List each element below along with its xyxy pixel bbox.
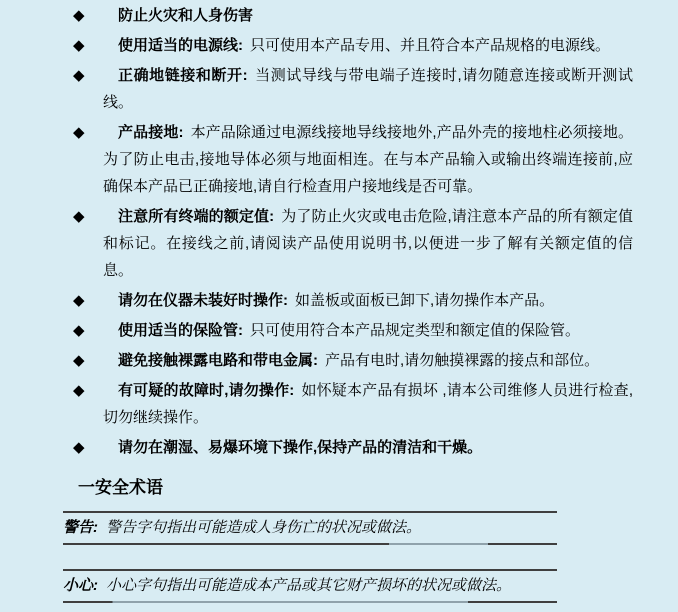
caution-term-row: 小心:小心字句指出可能造成本产品或其它财产损坏的状况或做法。: [63, 571, 557, 601]
section-title-safety-terms: 一安全术语: [78, 477, 678, 499]
safety-list-item: ◆ 请勿在潮湿、易爆环境下操作,保持产品的清洁和干燥。: [0, 434, 678, 461]
safety-list-item: ◆ 使用适当的保险管:只可使用符合本产品规定类型和额定值的保险管。: [0, 317, 678, 344]
horizontal-rule: [63, 601, 557, 603]
safety-item-heading: 避免接触裸露电路和带电金属:: [118, 352, 318, 369]
safety-item-heading: 请勿在仪器未装好时操作:: [118, 292, 288, 309]
diamond-bullet-icon: ◆: [73, 377, 93, 404]
diamond-bullet-icon: ◆: [73, 203, 93, 230]
safety-item-body: 产品有电时,请勿触摸裸露的接点和部位。: [325, 352, 599, 369]
caution-term-text: 小心字句指出可能造成本产品或其它财产损坏的状况或做法。: [106, 577, 511, 594]
safety-item-body: 只可使用符合本产品规定类型和额定值的保险管。: [250, 322, 580, 339]
diamond-bullet-icon: ◆: [73, 62, 93, 89]
safety-item-heading: 注意所有终端的额定值:: [118, 208, 274, 225]
warning-term-block: 警告:警告字句指出可能造成人身伤亡的状况或做法。: [63, 511, 557, 545]
diamond-bullet-icon: ◆: [73, 287, 93, 314]
diamond-bullet-icon: ◆: [73, 32, 93, 59]
safety-list-item: ◆ 有可疑的故障时,请勿操作:如怀疑本产品有损坏 ,请本公司维修人员进行检查,切…: [0, 377, 678, 431]
safety-list-item: ◆ 正确地链接和断开:当测试导线与带电端子连接时,请勿随意连接或断开测试线。: [0, 62, 678, 116]
safety-instructions-page: ◆ 防止火灾和人身伤害 ◆ 使用适当的电源线:只可使用本产品专用、并且符合本产品…: [0, 0, 678, 612]
horizontal-rule: [63, 543, 557, 545]
warning-term-label: 警告:: [63, 519, 98, 536]
safety-item-heading: 使用适当的保险管:: [118, 322, 243, 339]
safety-list-item: ◆ 防止火灾和人身伤害: [0, 2, 678, 29]
safety-list-item: ◆ 使用适当的电源线:只可使用本产品专用、并且符合本产品规格的电源线。: [0, 32, 678, 59]
diamond-bullet-icon: ◆: [73, 434, 93, 461]
diamond-bullet-icon: ◆: [73, 119, 93, 146]
safety-list-item: ◆ 避免接触裸露电路和带电金属:产品有电时,请勿触摸裸露的接点和部位。: [0, 347, 678, 374]
warning-term-row: 警告:警告字句指出可能造成人身伤亡的状况或做法。: [63, 513, 557, 543]
safety-item-heading: 产品接地:: [118, 124, 183, 141]
safety-item-heading: 有可疑的故障时,请勿操作:: [118, 382, 294, 399]
diamond-bullet-icon: ◆: [73, 317, 93, 344]
safety-item-heading: 防止火灾和人身伤害: [118, 7, 253, 24]
caution-term-label: 小心:: [63, 577, 98, 594]
safety-item-heading: 使用适当的电源线:: [118, 37, 243, 54]
safety-item-heading: 请勿在潮湿、易爆环境下操作,保持产品的清洁和干燥。: [118, 439, 482, 456]
safety-list-item: ◆ 请勿在仪器未装好时操作:如盖板或面板已卸下,请勿操作本产品。: [0, 287, 678, 314]
safety-list: ◆ 防止火灾和人身伤害 ◆ 使用适当的电源线:只可使用本产品专用、并且符合本产品…: [0, 0, 678, 461]
diamond-bullet-icon: ◆: [73, 347, 93, 374]
caution-term-block: 小心:小心字句指出可能造成本产品或其它财产损坏的状况或做法。: [63, 569, 557, 603]
diamond-bullet-icon: ◆: [73, 2, 93, 29]
safety-list-item: ◆ 注意所有终端的额定值:为了防止火灾或电击危险,请注意本产品的所有额定值和标记…: [0, 203, 678, 284]
safety-list-item: ◆ 产品接地:本产品除通过电源线接地导线接地外,产品外壳的接地柱必须接地。为了防…: [0, 119, 678, 200]
safety-item-body: 如盖板或面板已卸下,请勿操作本产品。: [295, 292, 554, 309]
safety-item-heading: 正确地链接和断开:: [118, 67, 248, 84]
safety-item-body: 只可使用本产品专用、并且符合本产品规格的电源线。: [250, 37, 610, 54]
warning-term-text: 警告字句指出可能造成人身伤亡的状况或做法。: [106, 519, 421, 536]
